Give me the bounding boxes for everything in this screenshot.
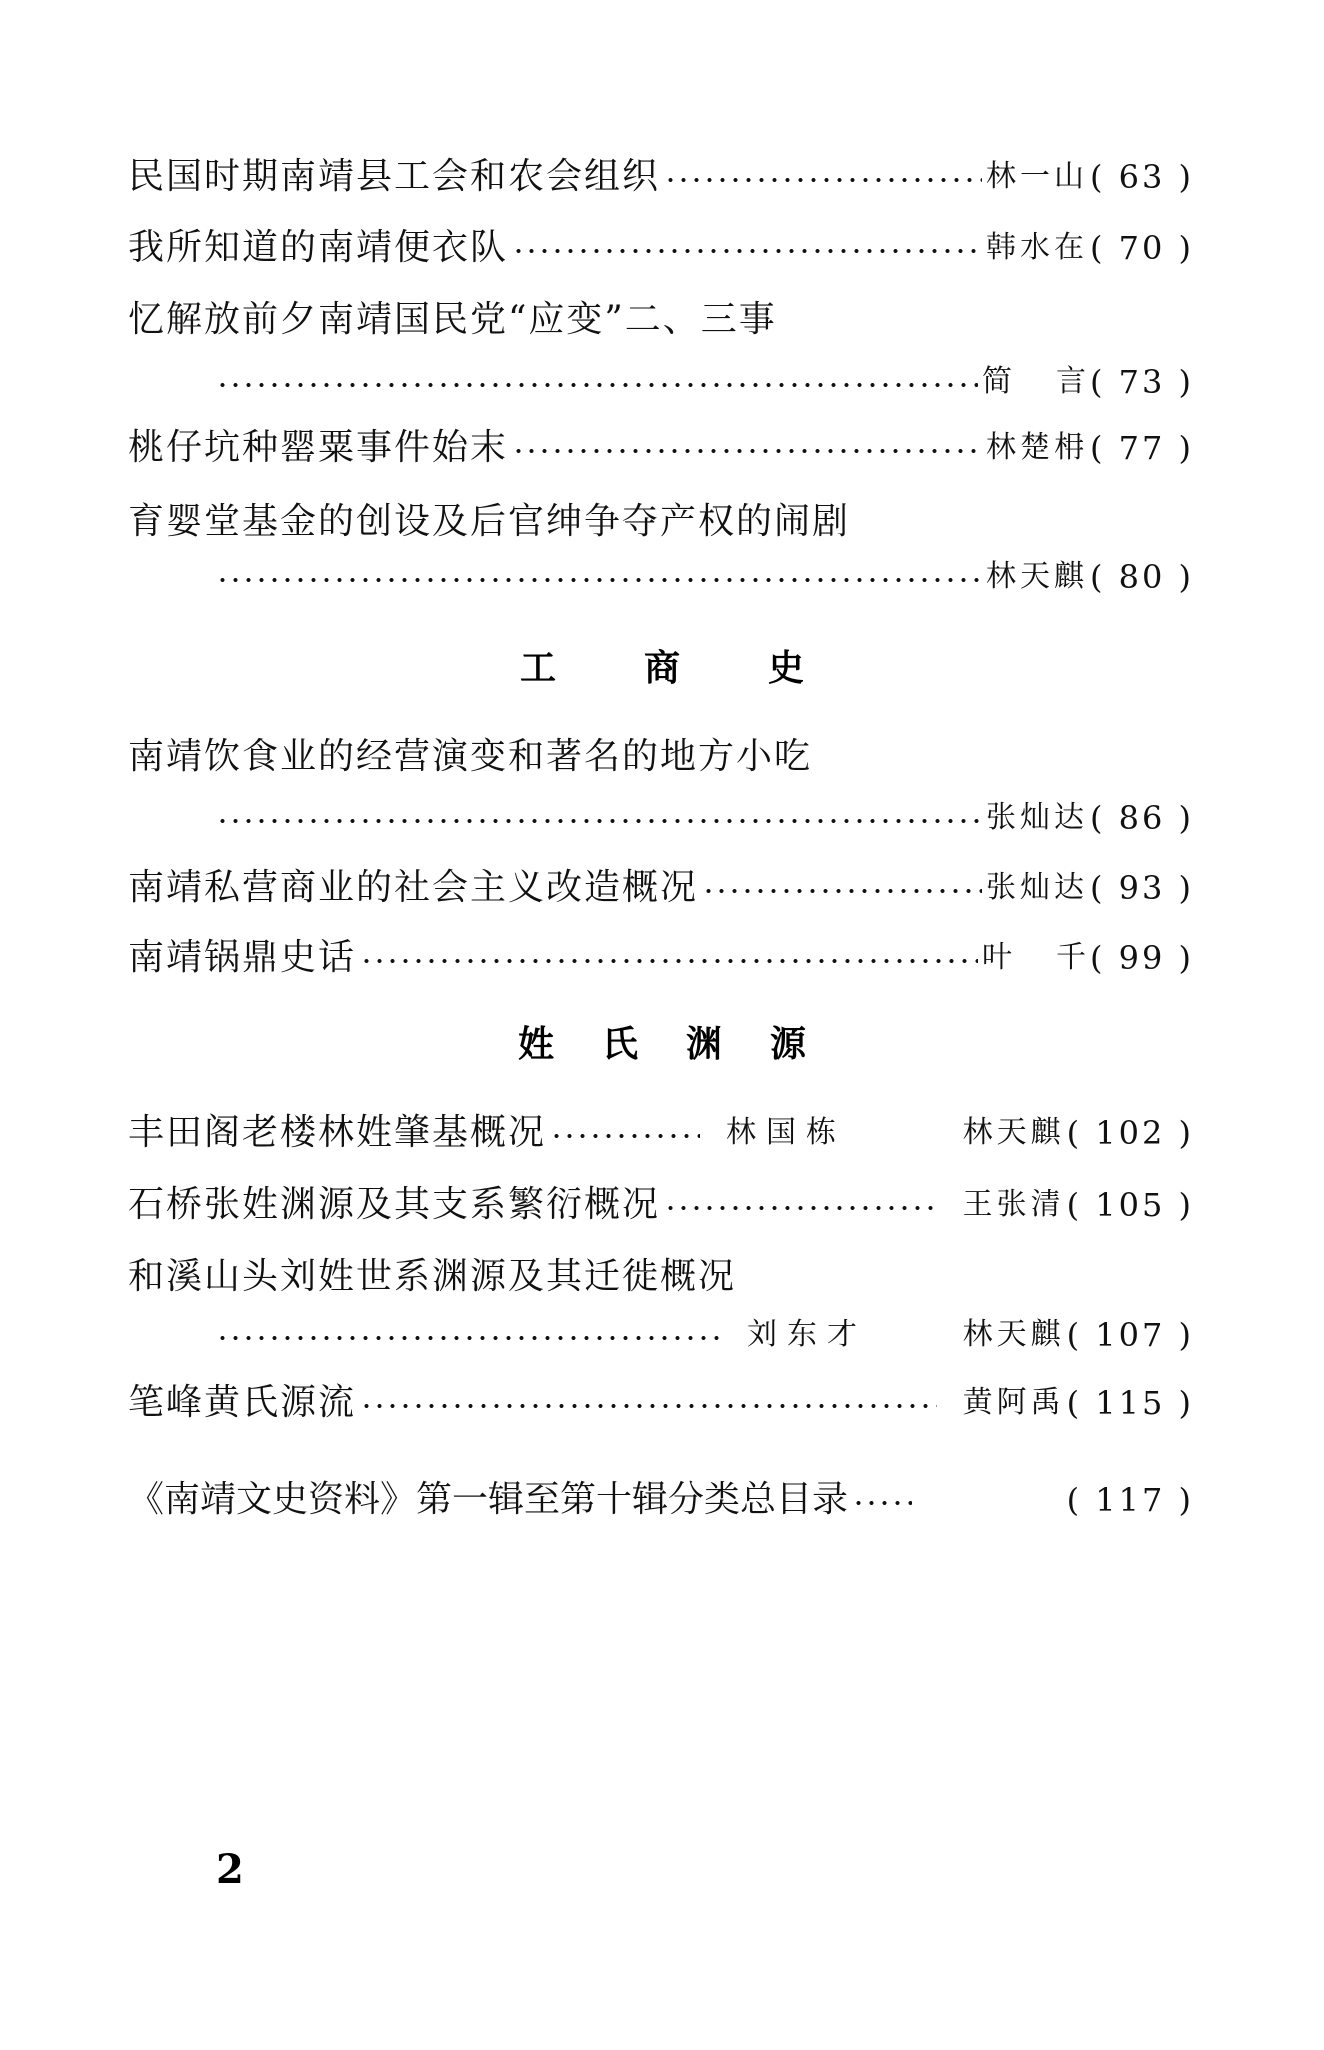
entry-title: 民国时期南靖县工会和农会组织 (128, 154, 660, 200)
entry-title: 石桥张姓渊源及其支系繁衍概况 (128, 1182, 660, 1228)
toc-entry-ref-line: 简言 ( 73 ) (212, 359, 1194, 405)
section-heading-surnames: 姓氏渊源 (0, 1022, 1324, 1068)
entry-title: 育婴堂基金的创设及后官绅争夺产权的闹剧 (128, 499, 850, 545)
heading-char: 商 (600, 646, 724, 692)
heading-char: 氏 (578, 1022, 662, 1068)
entry-author: 韩水在 (986, 225, 1088, 271)
heading-char: 工 (476, 646, 600, 692)
entry-author: 林楚枏 (986, 425, 1088, 471)
toc-entry-title-line: 南靖饮食业的经营演变和著名的地方小吃 (128, 734, 1194, 780)
entry-title: 忆解放前夕南靖国民党“应变”二、三事 (128, 297, 777, 343)
entry-title: 我所知道的南靖便衣队 (128, 225, 508, 271)
toc-entry-title-line: 育婴堂基金的创设及后官绅争夺产权的闹剧 (128, 499, 1194, 545)
entry-page: ( 105 ) (1067, 1182, 1194, 1228)
entry-title: 笔峰黄氏源流 (128, 1380, 356, 1426)
toc-entry: 南靖私营商业的社会主义改造概况 张灿达 ( 93 ) (128, 865, 1194, 911)
entry-page: ( 80 ) (1090, 554, 1194, 600)
entry-author: 林天麒 (963, 1110, 1065, 1156)
entry-author: 张灿达 (986, 795, 1088, 841)
dot-leader (550, 1133, 700, 1139)
entry-author: 林国栋 (726, 1110, 846, 1156)
entry-author: 林一山 (986, 154, 1088, 200)
heading-char: 史 (724, 646, 848, 692)
entry-title: 丰田阁老楼林姓肇基概况 (128, 1110, 546, 1156)
toc-entry: 我所知道的南靖便衣队 韩水在 ( 70 ) (128, 225, 1194, 271)
entry-title: 桃仔坑种罂粟事件始末 (128, 425, 508, 471)
entry-page: ( 73 ) (1090, 359, 1194, 405)
toc-entry: 《南靖文史资料》第一辑至第十辑分类总目录 ( 117 ) (128, 1477, 1194, 1523)
entry-page: ( 77 ) (1090, 425, 1194, 471)
toc-entry-ref-line: 林天麒 ( 80 ) (212, 554, 1194, 600)
entry-page: ( 70 ) (1090, 225, 1194, 271)
entry-page: ( 99 ) (1090, 935, 1194, 981)
toc-entry: 石桥张姓渊源及其支系繁衍概况 王张清 ( 105 ) (128, 1182, 1194, 1228)
section-heading-commerce: 工商史 (0, 646, 1324, 692)
entry-author: 刘东才 (747, 1312, 867, 1358)
entry-title: 南靖饮食业的经营演变和著名的地方小吃 (128, 734, 812, 780)
entry-title: 和溪山头刘姓世系渊源及其迁徙概况 (128, 1254, 736, 1300)
dot-leader (664, 177, 982, 183)
toc-entry: 丰田阁老楼林姓肇基概况 林国栋 林天麒 ( 102 ) (128, 1110, 1194, 1156)
toc-entry: 笔峰黄氏源流 黄阿禹 ( 115 ) (128, 1380, 1194, 1426)
heading-char: 渊 (662, 1022, 746, 1068)
dot-leader (852, 1500, 912, 1506)
dot-leader (664, 1205, 937, 1211)
entry-page: ( 107 ) (1067, 1312, 1194, 1358)
toc-entry-ref-line: 刘东才 林天麒 ( 107 ) (212, 1312, 1194, 1358)
dot-leader (216, 577, 982, 583)
heading-char: 姓 (494, 1022, 578, 1068)
entry-page: ( 117 ) (1067, 1477, 1194, 1523)
entry-title: 南靖锅鼎史话 (128, 935, 356, 981)
dot-leader (512, 448, 982, 454)
dot-leader (512, 248, 982, 254)
toc-entry: 民国时期南靖县工会和农会组织 林一山 ( 63 ) (128, 154, 1194, 200)
entry-author: 张灿达 (986, 865, 1088, 911)
toc-page: 民国时期南靖县工会和农会组织 林一山 ( 63 ) 我所知道的南靖便衣队 韩水在… (0, 0, 1324, 2050)
dot-leader (216, 382, 978, 388)
dot-leader (360, 958, 978, 964)
entry-author: 林天麒 (986, 554, 1088, 600)
page-number: 2 (216, 1848, 244, 1892)
entry-page: ( 115 ) (1067, 1380, 1194, 1426)
entry-author: 王张清 (963, 1182, 1065, 1228)
toc-entry: 桃仔坑种罂粟事件始末 林楚枏 ( 77 ) (128, 425, 1194, 471)
entry-author: 黄阿禹 (963, 1380, 1065, 1426)
toc-entry-ref-line: 张灿达 ( 86 ) (212, 795, 1194, 841)
toc-entry-title-line: 和溪山头刘姓世系渊源及其迁徙概况 (128, 1254, 1194, 1300)
dot-leader (216, 818, 982, 824)
entry-page: ( 86 ) (1090, 795, 1194, 841)
toc-entry-title-line: 忆解放前夕南靖国民党“应变”二、三事 (128, 297, 1194, 343)
entry-title: 《南靖文史资料》第一辑至第十辑分类总目录 (128, 1477, 848, 1523)
heading-char: 源 (746, 1022, 830, 1068)
dot-leader (216, 1335, 721, 1341)
entry-page: ( 102 ) (1067, 1110, 1194, 1156)
dot-leader (360, 1403, 937, 1409)
entry-page: ( 93 ) (1090, 865, 1194, 911)
toc-entry: 南靖锅鼎史话 叶千 ( 99 ) (128, 935, 1194, 981)
entry-title: 南靖私营商业的社会主义改造概况 (128, 865, 698, 911)
dot-leader (702, 888, 982, 894)
entry-author: 林天麒 (963, 1312, 1065, 1358)
entry-page: ( 63 ) (1090, 154, 1194, 200)
